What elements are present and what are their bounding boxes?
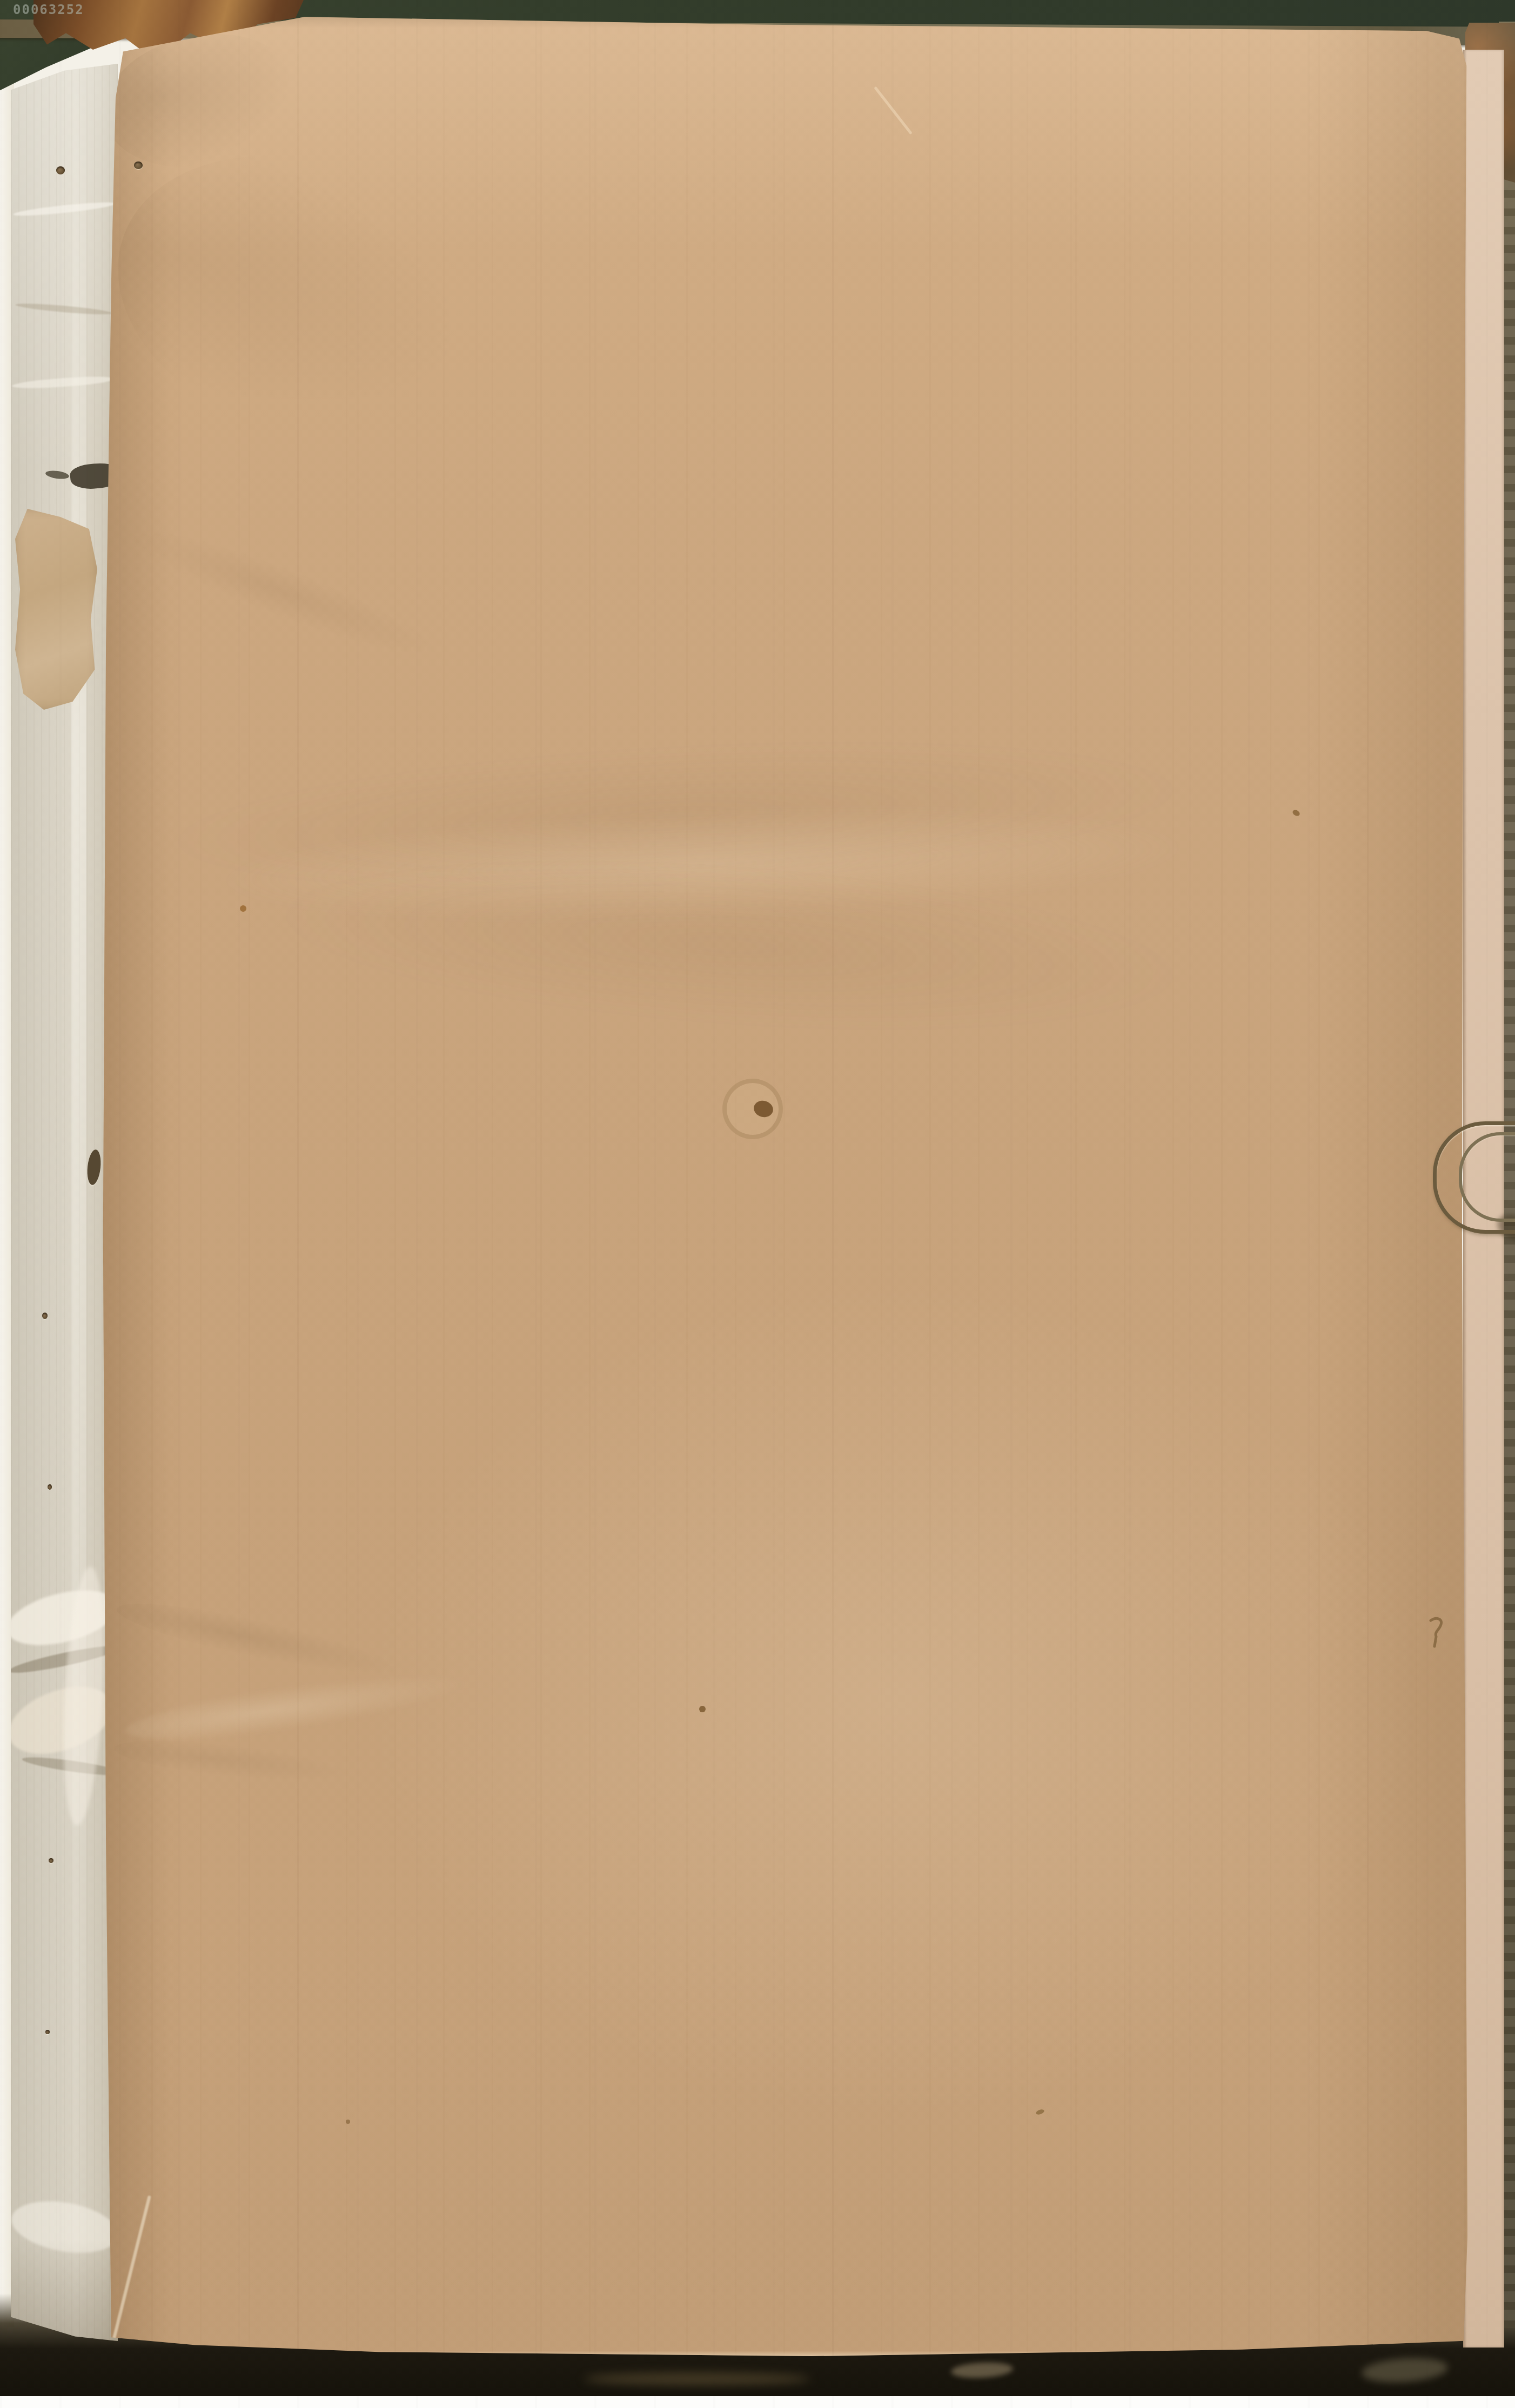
handwritten-mark [1427,1616,1447,1651]
book-scan-root: 00063252 [0,0,1515,2408]
crease-shadow [91,17,309,184]
wormhole [45,2030,50,2034]
crumple-highlight [0,1674,122,1767]
foxing-speck [240,905,246,912]
wormhole [48,1484,52,1490]
shadow-smudge [1361,2355,1449,2385]
page-right-shade [1324,14,1467,2356]
cover-corner-leather [1465,23,1515,183]
crease-shadow [116,509,446,674]
crease-shadow [15,301,112,317]
shadow-smudge [950,2361,1013,2379]
wormhole [42,1313,48,1319]
foxing-speck [1035,2109,1045,2116]
foxing-speck [699,1706,706,1712]
crease-highlight [12,374,115,390]
crease-shadow [159,718,1191,912]
scan-banding-overlay [0,0,1515,2408]
foxing-speck [1291,809,1301,817]
scanner-bed-bottom-strip [0,2396,1515,2408]
endpaper-bottom-shade [11,2239,118,2342]
paperclip [1431,1118,1515,1229]
paperclip-outer-wire [1433,1121,1515,1234]
residue-stain [45,469,70,480]
page-top-shade [103,14,1467,28]
crease-highlight [13,200,116,218]
endpaper-fold-highlight [71,64,86,2342]
page-bottom-highlight [103,2351,1467,2356]
cover-top-edge [0,19,1515,45]
crease-shadow [112,1732,352,1790]
paper-fiber [874,86,913,135]
crease-highlight [8,2194,123,2260]
crease-shadow [113,1591,406,1689]
backdrop-top [0,0,1515,31]
fore-edge-strip [1463,50,1504,2348]
paperclip-inner-wire [1459,1132,1515,1222]
backdrop-top-left-corner [0,0,154,96]
wormhole [49,1858,53,1863]
shadow-smudge [584,2372,810,2385]
blemish-spot [752,1099,775,1119]
crumple-highlight [1,1580,123,1655]
crease-shadow [81,110,524,484]
cover-right-edge [1499,22,1515,2328]
tape-residue-patch [15,509,97,710]
endpaper-gutter [11,64,118,2342]
wormhole [56,166,65,174]
paper-fiber [105,2195,151,2369]
bottom-shadow [0,2293,1515,2399]
page-gutter-shade [103,14,167,2356]
scan-id-stamp: 00063252 [13,2,84,17]
crumple-shadow [8,1641,121,1677]
spine-leather-remnant [33,0,304,64]
gutter-tear [86,1149,103,1186]
crease-shadow [266,832,1194,1058]
crumple-shadow [22,1754,125,1779]
paperclip-shadow [1493,1209,1515,1246]
wormhole [134,162,143,169]
crumple-highlight [58,1565,109,1826]
blemish-ring [722,1079,783,1139]
blank-page [103,14,1467,2356]
foxing-speck [346,2120,350,2124]
crease-highlight [214,793,1190,936]
residue-stain [69,461,125,491]
scanner-bed-left-strip [0,64,14,2327]
crease-highlight [123,1662,472,1752]
